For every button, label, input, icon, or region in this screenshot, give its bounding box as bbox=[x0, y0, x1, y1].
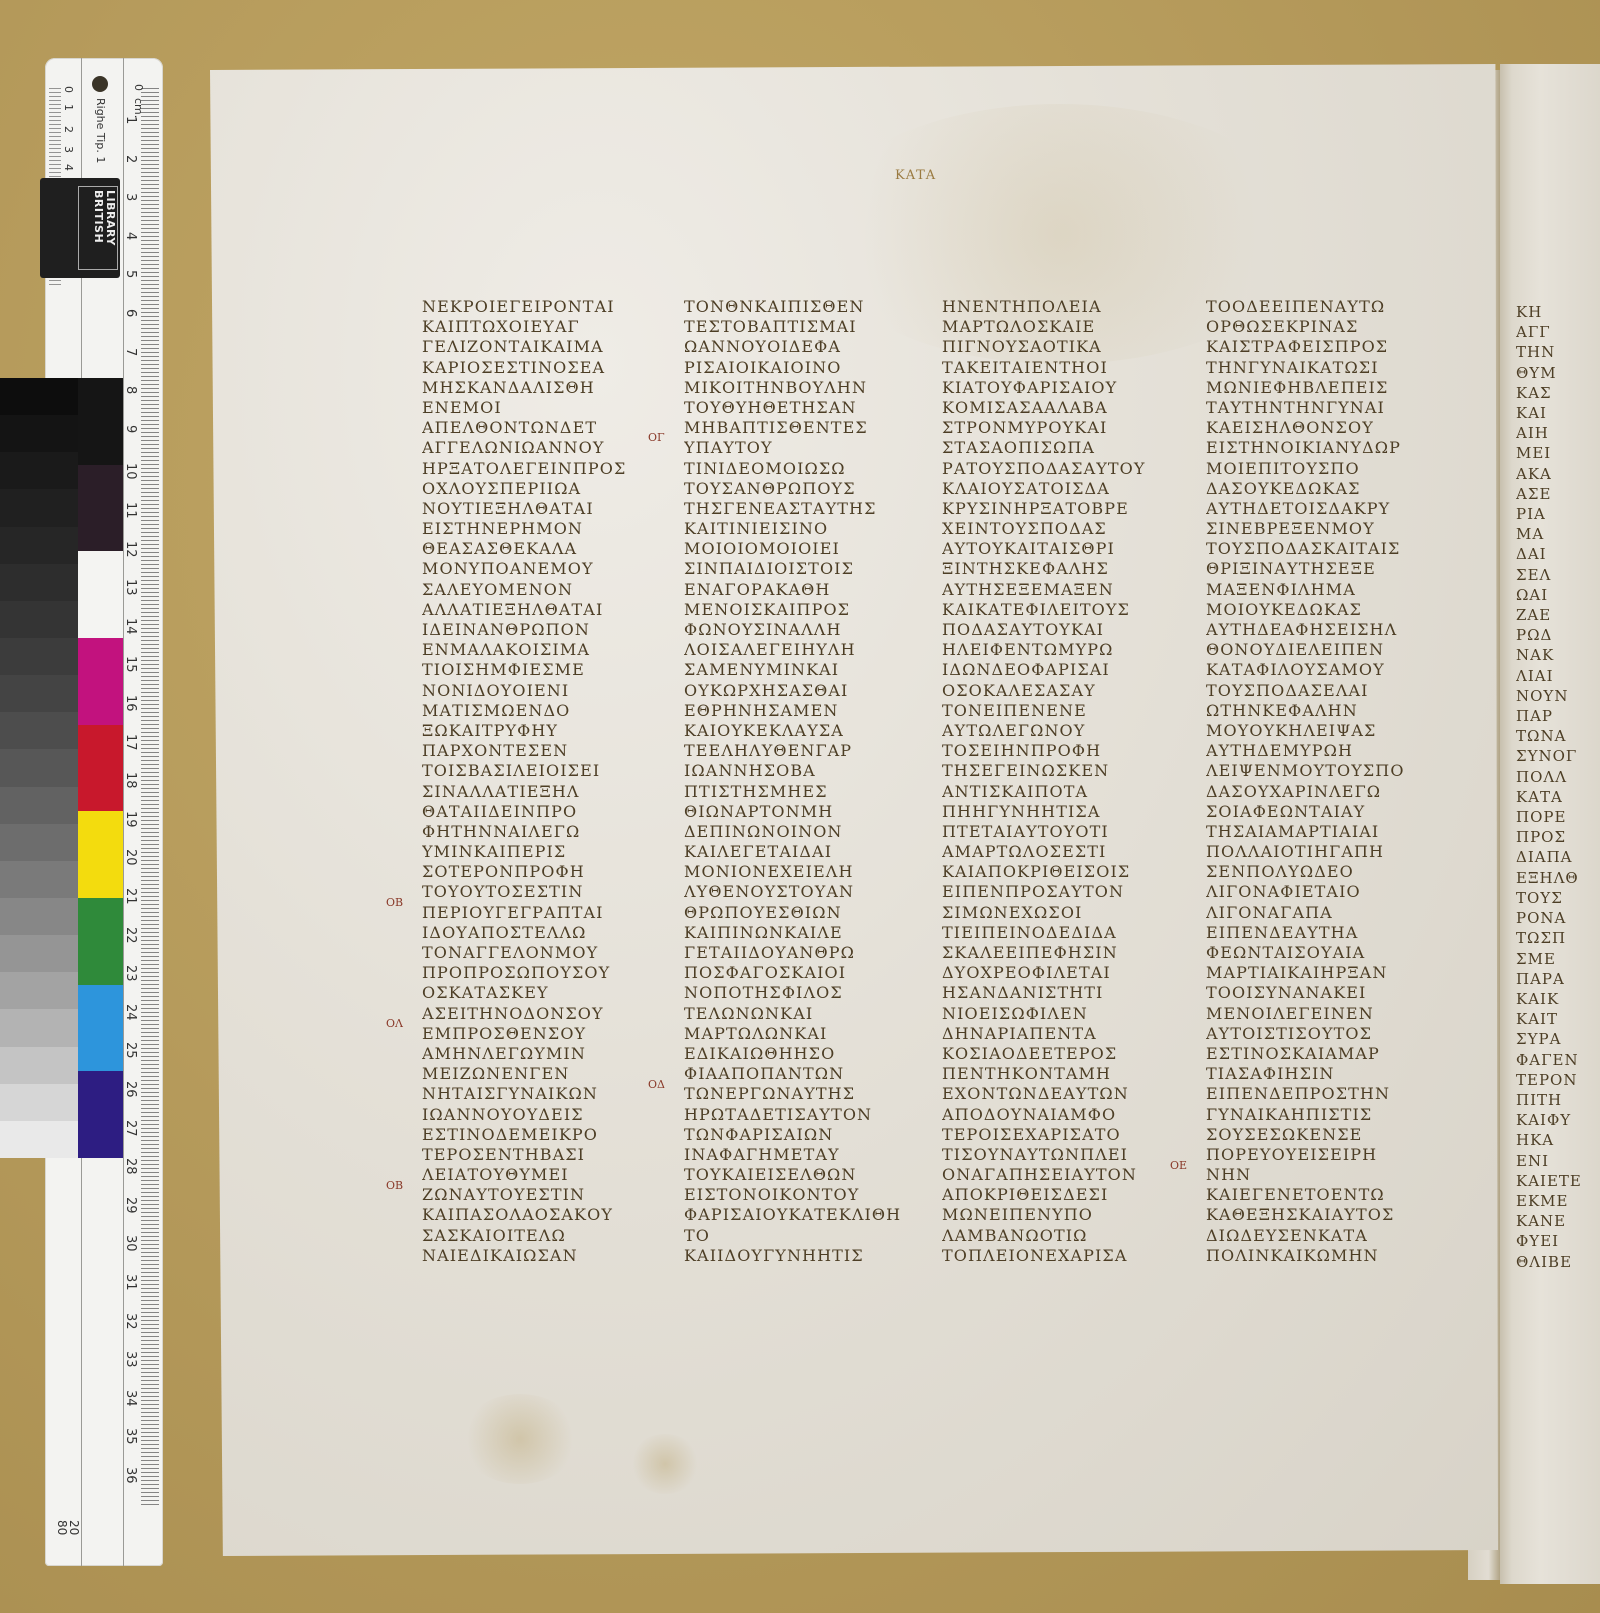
text-line: ΤΟΥΣΠΟΔΑΣΕΛΑΙ bbox=[1206, 681, 1405, 701]
text-line: ΤΑΥΤΗΝΤΗΝΓΥΝΑΙ bbox=[1206, 398, 1405, 418]
text-line: ΚΑΙΛΕΓΕΤΑΙΔΑΙ bbox=[684, 842, 901, 862]
color-swatch-red bbox=[78, 725, 123, 812]
text-line: ΙΔΕΙΝΑΝΘΡΩΠΟΝ bbox=[422, 620, 626, 640]
text-line: ΕΙΠΕΝΔΕΑΥΤΗΑ bbox=[1206, 923, 1405, 943]
text-line: ΔΥΟΧΡΕΟΦΙΛΕΤΑΙ bbox=[942, 963, 1146, 983]
text-line: ΕΝΑΓΟΡΑΚΑΘΗ bbox=[684, 580, 901, 600]
grayscale-step bbox=[0, 1084, 78, 1121]
text-line: ΤΟΥΟΥΤΟΣΕΣΤΙΝ bbox=[422, 882, 626, 902]
next-leaf-line: ΑΣΕ bbox=[1516, 484, 1600, 504]
text-line: ΚΑΙΠΙΝΩΝΚΑΙΛΕ bbox=[684, 923, 901, 943]
ruler-cm-number: 5 bbox=[123, 270, 138, 278]
text-line: ΑΜΑΡΤΩΛΟΣΕΣΤΙ bbox=[942, 842, 1146, 862]
text-line: ΛΑΜΒΑΝΩΟΤΙΩ bbox=[942, 1226, 1146, 1246]
text-line: ΦΕΩΝΤΑΙΣΟΥΑΙΑ bbox=[1206, 943, 1405, 963]
text-line: ΑΥΤΗΔΕΜΥΡΩΗ bbox=[1206, 741, 1405, 761]
ruler-cm-number: 20 bbox=[123, 849, 138, 866]
text-line: ΜΟΙΕΠΙΤΟΥΣΠΟ bbox=[1206, 459, 1405, 479]
water-stain bbox=[630, 1434, 700, 1494]
text-line: ΜΑΡΤΙΑΙΚΑΙΗΡΞΑΝ bbox=[1206, 963, 1405, 983]
text-line: ΕΙΣΤΗΝΕΡΗΜΟΝ bbox=[422, 519, 626, 539]
ruler-left-num: 4 bbox=[62, 164, 75, 171]
text-line: ΤΕΡΟΣΕΝΤΗΒΑΣΙ bbox=[422, 1145, 626, 1165]
grayscale-step bbox=[0, 861, 78, 898]
ruler-cm-number: 21 bbox=[123, 888, 138, 905]
text-line: ΣΙΝΠΑΙΔΙΟΙΣΤΟΙΣ bbox=[684, 559, 901, 579]
ruler-cm-number: 33 bbox=[123, 1351, 138, 1368]
text-line: ΑΠΟΔΟΥΝΑΙΑΜΦΟ bbox=[942, 1105, 1146, 1125]
text-line: ΤΙΟΙΣΗΜΦΙΕΣΜΕ bbox=[422, 660, 626, 680]
text-line: ΤΟΝΕΙΠΕΝΕΝΕ bbox=[942, 701, 1146, 721]
color-swatch-white bbox=[78, 551, 123, 638]
section-number-marginalia: ΟΛ bbox=[386, 1018, 403, 1030]
grayscale-chart bbox=[0, 378, 78, 1158]
next-leaf-line: ΚΑΙΕΤΕ bbox=[1516, 1171, 1600, 1191]
next-leaf-line: ΠΡΟΣ bbox=[1516, 827, 1600, 847]
next-leaf-line: ΚΑΣ bbox=[1516, 383, 1600, 403]
ruler-cm-number: 29 bbox=[123, 1197, 138, 1214]
text-line: ΜΕΙΖΩΝΕΝΓΕΝ bbox=[422, 1064, 626, 1084]
ruler-bottom-label: 80 bbox=[55, 1520, 69, 1535]
ruler-cm-number: 32 bbox=[123, 1313, 138, 1330]
next-leaf-line: ΔΙΑΠΑ bbox=[1516, 847, 1600, 867]
text-line: ΥΜΙΝΚΑΙΠΕΡΙΣ bbox=[422, 842, 626, 862]
text-line: ΜΑΞΕΝΦΙΛΗΜΑ bbox=[1206, 580, 1405, 600]
ruler-cm-number: 34 bbox=[123, 1390, 138, 1407]
grayscale-step bbox=[0, 452, 78, 489]
text-line: ΜΙΚΟΙΤΗΝΒΟΥΛΗΝ bbox=[684, 378, 901, 398]
text-line: ΤΟΙΣΒΑΣΙΛΕΙΟΙΣΕΙ bbox=[422, 761, 626, 781]
ruler-cm-number: 31 bbox=[123, 1274, 138, 1291]
text-line: ΗΝΕΝΤΗΠΟΛΕΙΑ bbox=[942, 297, 1146, 317]
ruler-cm-number: 25 bbox=[123, 1042, 138, 1059]
text-line: ΣΚΑΛΕΕΙΠΕΦΗΣΙΝ bbox=[942, 943, 1146, 963]
section-number-marginalia: ΟΓ bbox=[648, 432, 665, 444]
text-line: ΠΟΣΦΑΓΟΣΚΑΙΟΙ bbox=[684, 963, 901, 983]
next-leaf-line: ΡΟΝΑ bbox=[1516, 908, 1600, 928]
text-line: ΠΟΛΛΑΙΟΤΙΗΓΑΠΗ bbox=[1206, 842, 1405, 862]
text-line: ΤΕΕΛΗΛΥΘΕΝΓΑΡ bbox=[684, 741, 901, 761]
next-leaf-text-column: ΚΗΑΓΓΤΗΝΘΥΜΚΑΣΚΑΙΑΙΗΜΕΙΑΚΑΑΣΕΡΙΑΜΑΔΑΙΣΕΛ… bbox=[1516, 302, 1600, 1272]
next-leaf-line: ΕΝΙ bbox=[1516, 1151, 1600, 1171]
ruler-cm-number: 18 bbox=[123, 772, 138, 789]
text-line: ΙΩΑΝΝΟΥΟΥΔΕΙΣ bbox=[422, 1105, 626, 1125]
ruler-cm-number: 13 bbox=[123, 579, 138, 596]
next-leaf-line: ΣΥΝΟΓ bbox=[1516, 746, 1600, 766]
text-line: ΜΕΝΟΙΣΚΑΙΠΡΟΣ bbox=[684, 600, 901, 620]
text-line: ΦΩΝΟΥΣΙΝΑΛΛΗ bbox=[684, 620, 901, 640]
color-swatch-blue bbox=[78, 1071, 123, 1158]
next-leaf-line: ΕΞΗΛΘ bbox=[1516, 868, 1600, 888]
text-line: ΚΑΙΚΑΤΕΦΙΛΕΙΤΟΥΣ bbox=[942, 600, 1146, 620]
ruler-left-num: 0 bbox=[62, 86, 75, 93]
text-line: ΕΘΡΗΝΗΣΑΜΕΝ bbox=[684, 701, 901, 721]
text-line: ΤΟΟΔΕΕΙΠΕΝΑΥΤΩ bbox=[1206, 297, 1405, 317]
text-line: ΕΙΠΕΝΔΕΠΡΟΣΤΗΝ bbox=[1206, 1084, 1405, 1104]
grayscale-step bbox=[0, 898, 78, 935]
text-line: ΚΛΑΙΟΥΣΑΤΟΙΣΔΑ bbox=[942, 479, 1146, 499]
text-line: ΔΕΠΙΝΩΝΟΙΝΟΝ bbox=[684, 822, 901, 842]
next-leaf-line: ΣΕΛ bbox=[1516, 565, 1600, 585]
text-line: ΜΗΒΑΠΤΙΣΘΕΝΤΕΣ bbox=[684, 418, 901, 438]
text-line: ΓΥΝΑΙΚΑΗΠΙΣΤΙΣ bbox=[1206, 1105, 1405, 1125]
text-line: ΣΙΝΑΛΛΑΤΙΕΞΗΛ bbox=[422, 782, 626, 802]
grayscale-step bbox=[0, 675, 78, 712]
text-line: ΠΡΟΠΡΟΣΩΠΟΥΣΟΥ bbox=[422, 963, 626, 983]
next-leaf-line: ΤΩΣΠ bbox=[1516, 928, 1600, 948]
next-leaf-line: ΤΕΡΟΝ bbox=[1516, 1070, 1600, 1090]
ruler-cm-number: 6 bbox=[123, 309, 138, 317]
next-leaf-line: ΑΙΗ bbox=[1516, 423, 1600, 443]
ruler-cm-number: 1 bbox=[123, 116, 138, 124]
text-line: ΛΥΘΕΝΟΥΣΤΟΥΑΝ bbox=[684, 882, 901, 902]
text-line: ΔΑΣΟΥΚΕΔΩΚΑΣ bbox=[1206, 479, 1405, 499]
text-line: ΡΙΣΑΙΟΙΚΑΙΟΙΝΟ bbox=[684, 358, 901, 378]
text-line: ΜΟΝΥΠΟΑΝΕΜΟΥ bbox=[422, 559, 626, 579]
color-swatch-black bbox=[78, 378, 123, 465]
next-leaf-line: ΣΥΡΑ bbox=[1516, 1029, 1600, 1049]
text-line: ΑΥΤΟΙΣΤΙΣΟΥΤΟΣ bbox=[1206, 1024, 1405, 1044]
grayscale-step bbox=[0, 1047, 78, 1084]
badge-line-library: LIBRARY bbox=[104, 190, 116, 246]
text-line: ΗΣΑΝΔΑΝΙΣΤΗΤΙ bbox=[942, 983, 1146, 1003]
text-line: ΜΟΥΟΥΚΗΛΕΙΨΑΣ bbox=[1206, 721, 1405, 741]
text-line: ΑΠΕΛΘΟΝΤΩΝΔΕΤ bbox=[422, 418, 626, 438]
ruler-left-num: 1 bbox=[62, 104, 75, 111]
text-line: ΗΛΕΙΦΕΝΤΩΜΥΡΩ bbox=[942, 640, 1146, 660]
ruler-cm-number: 30 bbox=[123, 1235, 138, 1252]
text-line: ΚΑΡΙΟΣΕΣΤΙΝΟΣΕΑ bbox=[422, 358, 626, 378]
text-line: ΘΕΑΣΑΣΘΕΚΑΛΑ bbox=[422, 539, 626, 559]
text-line: ΗΡΞΑΤΟΛΕΓΕΙΝΠΡΟΣ bbox=[422, 459, 626, 479]
text-line: ΤΟΝΑΓΓΕΛΟΝΜΟΥ bbox=[422, 943, 626, 963]
text-line: ΩΤΗΝΚΕΦΑΛΗΝ bbox=[1206, 701, 1405, 721]
text-line: ΙΝΑΦΑΓΗΜΕΤΑΥ bbox=[684, 1145, 901, 1165]
ruler-cm-number: 26 bbox=[123, 1081, 138, 1098]
ruler-cm-number: 11 bbox=[123, 502, 138, 519]
text-line: ΣΤΑΣΑΟΠΙΣΩΠΑ bbox=[942, 438, 1146, 458]
text-line: ΤΕΣΤΟΒΑΠΤΙΣΜΑΙ bbox=[684, 317, 901, 337]
ruler-cm-number: 22 bbox=[123, 927, 138, 944]
text-line: ΘΟΝΟΥΔΙΕΛΕΙΠΕΝ bbox=[1206, 640, 1405, 660]
british-library-badge: LIBRARY BRITISH bbox=[40, 178, 120, 278]
next-leaf-line: ΜΑ bbox=[1516, 524, 1600, 544]
ruler-cm-number: 23 bbox=[123, 965, 138, 982]
text-line: ΜΑΤΙΣΜΩΕΝΔΟ bbox=[422, 701, 626, 721]
text-line: ΣΟΙΑΦΕΩΝΤΑΙΑΥ bbox=[1206, 802, 1405, 822]
text-line: ΟΣΟΚΑΛΕΣΑΣΑΥ bbox=[942, 681, 1146, 701]
ruler-cm-number: 36 bbox=[123, 1467, 138, 1484]
text-line: ΙΔΟΥΑΠΟΣΤΕΛΛΩ bbox=[422, 923, 626, 943]
text-column-1: ΝΕΚΡΟΙΕΓΕΙΡΟΝΤΑΙΚΑΙΠΤΩΧΟΙΕΥΑΓΓΕΛΙΖΟΝΤΑΙΚ… bbox=[422, 297, 626, 1266]
ruler-bottom-label: 20 bbox=[67, 1520, 81, 1535]
grayscale-step bbox=[0, 378, 78, 415]
text-line: ΤΩΝΕΡΓΩΝΑΥΤΗΣ bbox=[684, 1084, 901, 1104]
ruler-cm-number: 19 bbox=[123, 811, 138, 828]
text-line: ΜΑΡΤΩΛΟΣΚΑΙΕ bbox=[942, 317, 1146, 337]
text-line: ΤΗΣΕΓΕΙΝΩΣΚΕΝ bbox=[942, 761, 1146, 781]
section-number-marginalia: ΟΒ bbox=[386, 897, 403, 909]
text-line: ΑΥΤΗΔΕΤΟΙΣΔΑΚΡΥ bbox=[1206, 499, 1405, 519]
grayscale-step bbox=[0, 972, 78, 1009]
text-line: ΚΑΙΟΥΚΕΚΛΑΥΣΑ bbox=[684, 721, 901, 741]
text-line: ΣΑΛΕΥΟΜΕΝΟΝ bbox=[422, 580, 626, 600]
text-line: ΑΠΟΚΡΙΘΕΙΣΔΕΣΙ bbox=[942, 1185, 1146, 1205]
text-line: ΠΗΗΓΥΝΗΗΤΙΣΑ bbox=[942, 802, 1146, 822]
text-line: ΜΗΣΚΑΝΔΑΛΙΣΘΗ bbox=[422, 378, 626, 398]
text-line: ΜΟΝΙΟΝΕΧΕΙΕΛΗ bbox=[684, 862, 901, 882]
grayscale-step bbox=[0, 489, 78, 526]
text-line: ΤΩΝΦΑΡΙΣΑΙΩΝ bbox=[684, 1125, 901, 1145]
next-leaf-line: ΤΗΝ bbox=[1516, 342, 1600, 362]
text-column-2: ΤΟΝΘΝΚΑΙΠΙΣΘΕΝΤΕΣΤΟΒΑΠΤΙΣΜΑΙΩΑΝΝΟΥΟΙΔΕΦΑ… bbox=[684, 297, 901, 1266]
text-line: ΕΝΕΜΟΙ bbox=[422, 398, 626, 418]
color-swatch-chart bbox=[78, 378, 123, 1158]
grayscale-step bbox=[0, 527, 78, 564]
text-line: ΑΝΤΙΣΚΑΙΠΟΤΑ bbox=[942, 782, 1146, 802]
text-line: ΩΑΝΝΟΥΟΙΔΕΦΑ bbox=[684, 337, 901, 357]
color-swatch-magenta bbox=[78, 638, 123, 725]
text-line: ΠΟΡΕΥΟΥΕΙΣΕΙΡΗ bbox=[1206, 1145, 1405, 1165]
text-line: ΧΕΙΝΤΟΥΣΠΟΔΑΣ bbox=[942, 519, 1146, 539]
text-line: ΛΙΓΟΝΑΓΑΠΑ bbox=[1206, 903, 1405, 923]
text-line: ΤΟΟΙΣΥΝΑΝΑΚΕΙ bbox=[1206, 983, 1405, 1003]
text-line: ΦΗΤΗΝΝΑΙΛΕΓΩ bbox=[422, 822, 626, 842]
ruler-cm-number: 3 bbox=[123, 193, 138, 201]
text-line: ΚΙΑΤΟΥΦΑΡΙΣΑΙΟΥ bbox=[942, 378, 1146, 398]
ruler-cm-number: 12 bbox=[123, 541, 138, 558]
text-line: ΝΑΙΕΔΙΚΑΙΩΣΑΝ bbox=[422, 1246, 626, 1266]
text-line: ΝΟΝΙΔΟΥΟΙΕΝΙ bbox=[422, 681, 626, 701]
ruler-cm-number: 10 bbox=[123, 463, 138, 480]
next-leaf-line: ΦΑΓΕΝ bbox=[1516, 1050, 1600, 1070]
text-line: ΕΧΟΝΤΩΝΔΕΑΥΤΩΝ bbox=[942, 1084, 1146, 1104]
text-line: ΕΜΠΡΟΣΘΕΝΣΟΥ bbox=[422, 1024, 626, 1044]
ruler-cm-number: 7 bbox=[123, 348, 138, 356]
ruler-cm-number: 35 bbox=[123, 1428, 138, 1445]
text-line: ΦΑΡΙΣΑΙΟΥΚΑΤΕΚΛΙΘΗ bbox=[684, 1205, 901, 1225]
next-leaf-line: ΦΥΕΙ bbox=[1516, 1231, 1600, 1251]
text-line: ΜΑΡΤΩΛΩΝΚΑΙ bbox=[684, 1024, 901, 1044]
grayscale-step bbox=[0, 935, 78, 972]
next-leaf-line: ΡΩΔ bbox=[1516, 625, 1600, 645]
text-line: ΤΟΥΚΑΙΕΙΣΕΛΘΩΝ bbox=[684, 1165, 901, 1185]
text-line: ΚΑΘΕΞΗΣΚΑΙΑΥΤΟΣ bbox=[1206, 1205, 1405, 1225]
next-leaf-line: ΜΕΙ bbox=[1516, 443, 1600, 463]
next-leaf-line: ΔΑΙ bbox=[1516, 544, 1600, 564]
next-leaf-line: ΤΩΝΑ bbox=[1516, 726, 1600, 746]
text-line: ΤΙΣΟΥΝΑΥΤΩΝΠΛΕΙ bbox=[942, 1145, 1146, 1165]
text-line: ΕΣΤΙΝΟΔΕΜΕΙΚΡΟ bbox=[422, 1125, 626, 1145]
text-line: ΖΩΝΑΥΤΟΥΕΣΤΙΝ bbox=[422, 1185, 626, 1205]
text-line: ΕΙΣΤΗΝΟΙΚΙΑΝΥΔΩΡ bbox=[1206, 438, 1405, 458]
text-line: ΞΙΝΤΗΣΚΕΦΑΛΗΣ bbox=[942, 559, 1146, 579]
grayscale-step bbox=[0, 787, 78, 824]
text-line: ΗΡΩΤΑΔΕΤΙΣΑΥΤΟΝ bbox=[684, 1105, 901, 1125]
text-line: ΚΟΣΙΑΟΔΕΕΤΕΡΟΣ bbox=[942, 1044, 1146, 1064]
text-line: ΚΑΙΕΓΕΝΕΤΟΕΝΤΩ bbox=[1206, 1185, 1405, 1205]
badge-line-british: BRITISH bbox=[92, 190, 104, 246]
text-line: ΣΟΤΕΡΟΝΠΡΟΦΗ bbox=[422, 862, 626, 882]
grayscale-step bbox=[0, 824, 78, 861]
text-line: ΦΙΑΑΠΟΠΑΝΤΩΝ bbox=[684, 1064, 901, 1084]
text-line: ΤΗΣΓΕΝΕΑΣΤΑΥΤΗΣ bbox=[684, 499, 901, 519]
ruler-cm-number: 16 bbox=[123, 695, 138, 712]
text-line: ΣΙΝΕΒΡΕΞΕΝΜΟΥ bbox=[1206, 519, 1405, 539]
text-line: ΤΟ bbox=[684, 1226, 901, 1246]
grayscale-step bbox=[0, 564, 78, 601]
text-line: ΠΙΓΝΟΥΣΑΟΤΙΚΑ bbox=[942, 337, 1146, 357]
text-line: ΠΟΔΑΣΑΥΤΟΥΚΑΙ bbox=[942, 620, 1146, 640]
text-line: ΤΟΥΣΑΝΘΡΩΠΟΥΣ bbox=[684, 479, 901, 499]
text-line: ΚΑΙΙΔΟΥΓΥΝΗΗΤΙΣ bbox=[684, 1246, 901, 1266]
grayscale-step bbox=[0, 749, 78, 786]
text-line: ΣΙΜΩΝΕΧΩΣΟΙ bbox=[942, 903, 1146, 923]
manuscript-page: ΚΑΤΑ ΝΕΚΡΟΙΕΓΕΙΡΟΝΤΑΙΚΑΙΠΤΩΧΟΙΕΥΑΓΓΕΛΙΖΟ… bbox=[210, 64, 1498, 1556]
text-line: ΘΡΙΞΙΝΑΥΤΗΣΕΞΕ bbox=[1206, 559, 1405, 579]
text-line: ΟΥΚΩΡΧΗΣΑΣΘΑΙ bbox=[684, 681, 901, 701]
next-leaf-line: ΠΟΡΕ bbox=[1516, 807, 1600, 827]
color-swatch-cyan bbox=[78, 985, 123, 1072]
text-line: ΤΟΥΘΥΗΘΕΤΗΣΑΝ bbox=[684, 398, 901, 418]
section-number-marginalia: ΟΔ bbox=[648, 1079, 665, 1091]
text-line: ΛΕΙΨΕΝΜΟΥΤΟΥΣΠΟ bbox=[1206, 761, 1405, 781]
grayscale-step bbox=[0, 638, 78, 675]
text-line: ΠΤΕΤΑΙΑΥΤΟΥΟΤΙ bbox=[942, 822, 1146, 842]
text-line: ΘΡΩΠΟΥΕΣΘΙΩΝ bbox=[684, 903, 901, 923]
next-leaf-line: ΑΚΑ bbox=[1516, 464, 1600, 484]
text-line: ΟΝΑΓΑΠΗΣΕΙΑΥΤΟΝ bbox=[942, 1165, 1146, 1185]
text-line: ΑΣΕΙΤΗΝΟΔΟΝΣΟΥ bbox=[422, 1004, 626, 1024]
text-line: ΣΑΣΚΑΙΟΙΤΕΛΩ bbox=[422, 1226, 626, 1246]
text-line: ΟΣΚΑΤΑΣΚΕΥ bbox=[422, 983, 626, 1003]
color-swatch-yellow bbox=[78, 811, 123, 898]
text-line: ΞΩΚΑΙΤΡΥΦΗΥ bbox=[422, 721, 626, 741]
text-line: ΣΕΝΠΟΛΥΩΔΕΟ bbox=[1206, 862, 1405, 882]
next-leaf-line: ΡΙΑ bbox=[1516, 504, 1600, 524]
next-leaf-line: ΣΜΕ bbox=[1516, 949, 1600, 969]
text-line: ΚΑΙΤΙΝΙΕΙΣΙΝΟ bbox=[684, 519, 901, 539]
text-line: ΚΑΙΠΤΩΧΟΙΕΥΑΓ bbox=[422, 317, 626, 337]
text-line: ΛΙΓΟΝΑΦΙΕΤΑΙΟ bbox=[1206, 882, 1405, 902]
next-leaf-line: ΘΛΙΒΕ bbox=[1516, 1252, 1600, 1272]
text-line: ΠΕΡΙΟΥΓΕΓΡΑΠΤΑΙ bbox=[422, 903, 626, 923]
grayscale-step bbox=[0, 1121, 78, 1158]
section-number-marginalia: ΟΒ bbox=[386, 1180, 403, 1192]
badge-text: LIBRARY BRITISH bbox=[92, 190, 116, 246]
text-line: ΝΗΝ bbox=[1206, 1165, 1405, 1185]
next-leaf-line: ΚΑΙΚ bbox=[1516, 989, 1600, 1009]
text-line: ΚΡΥΣΙΝΗΡΞΑΤΟΒΡΕ bbox=[942, 499, 1146, 519]
text-line: ΜΩΝΕΙΠΕΝΥΠΟ bbox=[942, 1205, 1146, 1225]
next-leaf-line: ΘΥΜ bbox=[1516, 363, 1600, 383]
text-line: ΟΧΛΟΥΣΠΕΡΙΙΩΑ bbox=[422, 479, 626, 499]
next-leaf-line: ΠΑΡ bbox=[1516, 706, 1600, 726]
next-leaf-line: ΚΑΙ bbox=[1516, 403, 1600, 423]
ruler-cm-number: 15 bbox=[123, 656, 138, 673]
text-line: ΝΟΠΟΤΗΣΦΙΛΟΣ bbox=[684, 983, 901, 1003]
text-line: ΤΑΚΕΙΤΑΙΕΝΤΗΟΙ bbox=[942, 358, 1146, 378]
text-line: ΕΣΤΙΝΟΣΚΑΙΑΜΑΡ bbox=[1206, 1044, 1405, 1064]
text-line: ΚΑΙΠΑΣΟΛΑΟΣΑΚΟΥ bbox=[422, 1205, 626, 1225]
text-column-3: ΗΝΕΝΤΗΠΟΛΕΙΑΜΑΡΤΩΛΟΣΚΑΙΕΠΙΓΝΟΥΣΑΟΤΙΚΑΤΑΚ… bbox=[942, 297, 1146, 1266]
ruler-left-scale-label: Righe Tip. 1 bbox=[94, 98, 107, 163]
ruler-left-num: 2 bbox=[62, 126, 75, 133]
grayscale-step bbox=[0, 601, 78, 638]
text-line: ΙΔΩΝΔΕΟΦΑΡΙΣΑΙ bbox=[942, 660, 1146, 680]
text-line: ΥΠΑΥΤΟΥ bbox=[684, 438, 901, 458]
water-stain bbox=[460, 1394, 580, 1484]
text-line: ΛΕΙΑΤΟΥΘΥΜΕΙ bbox=[422, 1165, 626, 1185]
ruler-ticks-cm bbox=[141, 88, 159, 1506]
text-line: ΤΟΝΘΝΚΑΙΠΙΣΘΕΝ bbox=[684, 297, 901, 317]
text-line: ΝΗΤΑΙΣΓΥΝΑΙΚΩΝ bbox=[422, 1084, 626, 1104]
text-line: ΡΑΤΟΥΣΠΟΔΑΣΑΥΤΟΥ bbox=[942, 459, 1146, 479]
text-line: ΤΙΝΙΔΕΟΜΟΙΩΣΩ bbox=[684, 459, 901, 479]
next-leaf-line: ΝΑΚ bbox=[1516, 645, 1600, 665]
text-line: ΤΟΠΛΕΙΟΝΕΧΑΡΙΣΑ bbox=[942, 1246, 1146, 1266]
text-line: ΑΥΤΟΥΚΑΙΤΑΙΣΘΡΙ bbox=[942, 539, 1146, 559]
color-swatch-dark-purple bbox=[78, 465, 123, 552]
next-leaf-line: ΚΑΙΤ bbox=[1516, 1009, 1600, 1029]
ruler-zero-label: 0 bbox=[132, 84, 145, 91]
text-line: ΚΟΜΙΣΑΣΑΑΛΑΒΑ bbox=[942, 398, 1146, 418]
next-leaf-line: ΑΓΓ bbox=[1516, 322, 1600, 342]
text-line: ΑΜΗΝΛΕΓΩΥΜΙΝ bbox=[422, 1044, 626, 1064]
text-line: ΔΙΩΔΕΥΣΕΝΚΑΤΑ bbox=[1206, 1226, 1405, 1246]
next-leaf-line: ΠΟΛΛ bbox=[1516, 767, 1600, 787]
text-column-4: ΤΟΟΔΕΕΙΠΕΝΑΥΤΩΟΡΘΩΣΕΚΡΙΝΑΣΚΑΙΣΤΡΑΦΕΙΣΠΡΟ… bbox=[1206, 297, 1405, 1266]
next-leaf-line: ΚΗ bbox=[1516, 302, 1600, 322]
grayscale-step bbox=[0, 712, 78, 749]
text-line: ΠΤΙΣΤΗΣΜΗΕΣ bbox=[684, 782, 901, 802]
grayscale-step bbox=[0, 415, 78, 452]
next-leaf-line: ΚΑΤΑ bbox=[1516, 787, 1600, 807]
text-line: ΝΙΟΕΙΣΩΦΙΛΕΝ bbox=[942, 1004, 1146, 1024]
text-line: ΜΕΝΟΙΛΕΓΕΙΝΕΝ bbox=[1206, 1004, 1405, 1024]
text-line: ΣΤΡΟΝΜΥΡΟΥΚΑΙ bbox=[942, 418, 1146, 438]
text-line: ΤΗΝΓΥΝΑΙΚΑΤΩΣΙ bbox=[1206, 358, 1405, 378]
text-line: ΤΕΡΟΙΣΕΧΑΡΙΣΑΤΟ bbox=[942, 1125, 1146, 1145]
text-line: ΣΟΥΣΕΣΩΚΕΝΣΕ bbox=[1206, 1125, 1405, 1145]
text-line: ΑΛΛΑΤΙΕΞΗΛΘΑΤΑΙ bbox=[422, 600, 626, 620]
color-swatch-green bbox=[78, 898, 123, 985]
text-line: ΑΥΤΗΣΕΞΕΜΑΞΕΝ bbox=[942, 580, 1146, 600]
text-line: ΕΝΜΑΛΑΚΟΙΣΙΜΑ bbox=[422, 640, 626, 660]
text-line: ΓΕΛΙΖΟΝΤΑΙΚΑΙΜΑ bbox=[422, 337, 626, 357]
text-line: ΑΥΤΩΛΕΓΩΝΟΥ bbox=[942, 721, 1146, 741]
ruler-cm-number: 8 bbox=[123, 386, 138, 394]
text-line: ΠΕΝΤΗΚΟΝΤΑΜΗ bbox=[942, 1064, 1146, 1084]
next-leaf-line: ΗΚΑ bbox=[1516, 1130, 1600, 1150]
text-line: ΘΑΤΑΙΙΔΕΙΝΠΡΟ bbox=[422, 802, 626, 822]
text-line: ΕΔΙΚΑΙΩΘΗΗΣΟ bbox=[684, 1044, 901, 1064]
text-line: ΛΟΙΣΑΛΕΓΕΙΗΥΛΗ bbox=[684, 640, 901, 660]
text-line: ΤΟΥΣΠΟΔΑΣΚΑΙΤΑΙΣ bbox=[1206, 539, 1405, 559]
ruler-cm-number: 14 bbox=[123, 618, 138, 635]
next-leaf-line: ΛΙΑΙ bbox=[1516, 666, 1600, 686]
text-line: ΔΑΣΟΥΧΑΡΙΝΛΕΓΩ bbox=[1206, 782, 1405, 802]
text-line: ΜΟΙΟΥΚΕΔΩΚΑΣ bbox=[1206, 600, 1405, 620]
text-line: ΚΑΕΙΣΗΛΘΟΝΣΟΥ bbox=[1206, 418, 1405, 438]
next-leaf-line: ΠΑΡΑ bbox=[1516, 969, 1600, 989]
text-line: ΜΩΝΙΕΦΗΒΛΕΠΕΙΣ bbox=[1206, 378, 1405, 398]
text-line: ΚΑΙΣΤΡΑΦΕΙΣΠΡΟΣ bbox=[1206, 337, 1405, 357]
text-line: ΤΙΑΣΑΦΙΗΣΙΝ bbox=[1206, 1064, 1405, 1084]
next-leaf-line: ΠΙΤΗ bbox=[1516, 1090, 1600, 1110]
text-line: ΓΕΤΑΙΙΔΟΥΑΝΘΡΩ bbox=[684, 943, 901, 963]
next-leaf-line: ΖΑΕ bbox=[1516, 605, 1600, 625]
